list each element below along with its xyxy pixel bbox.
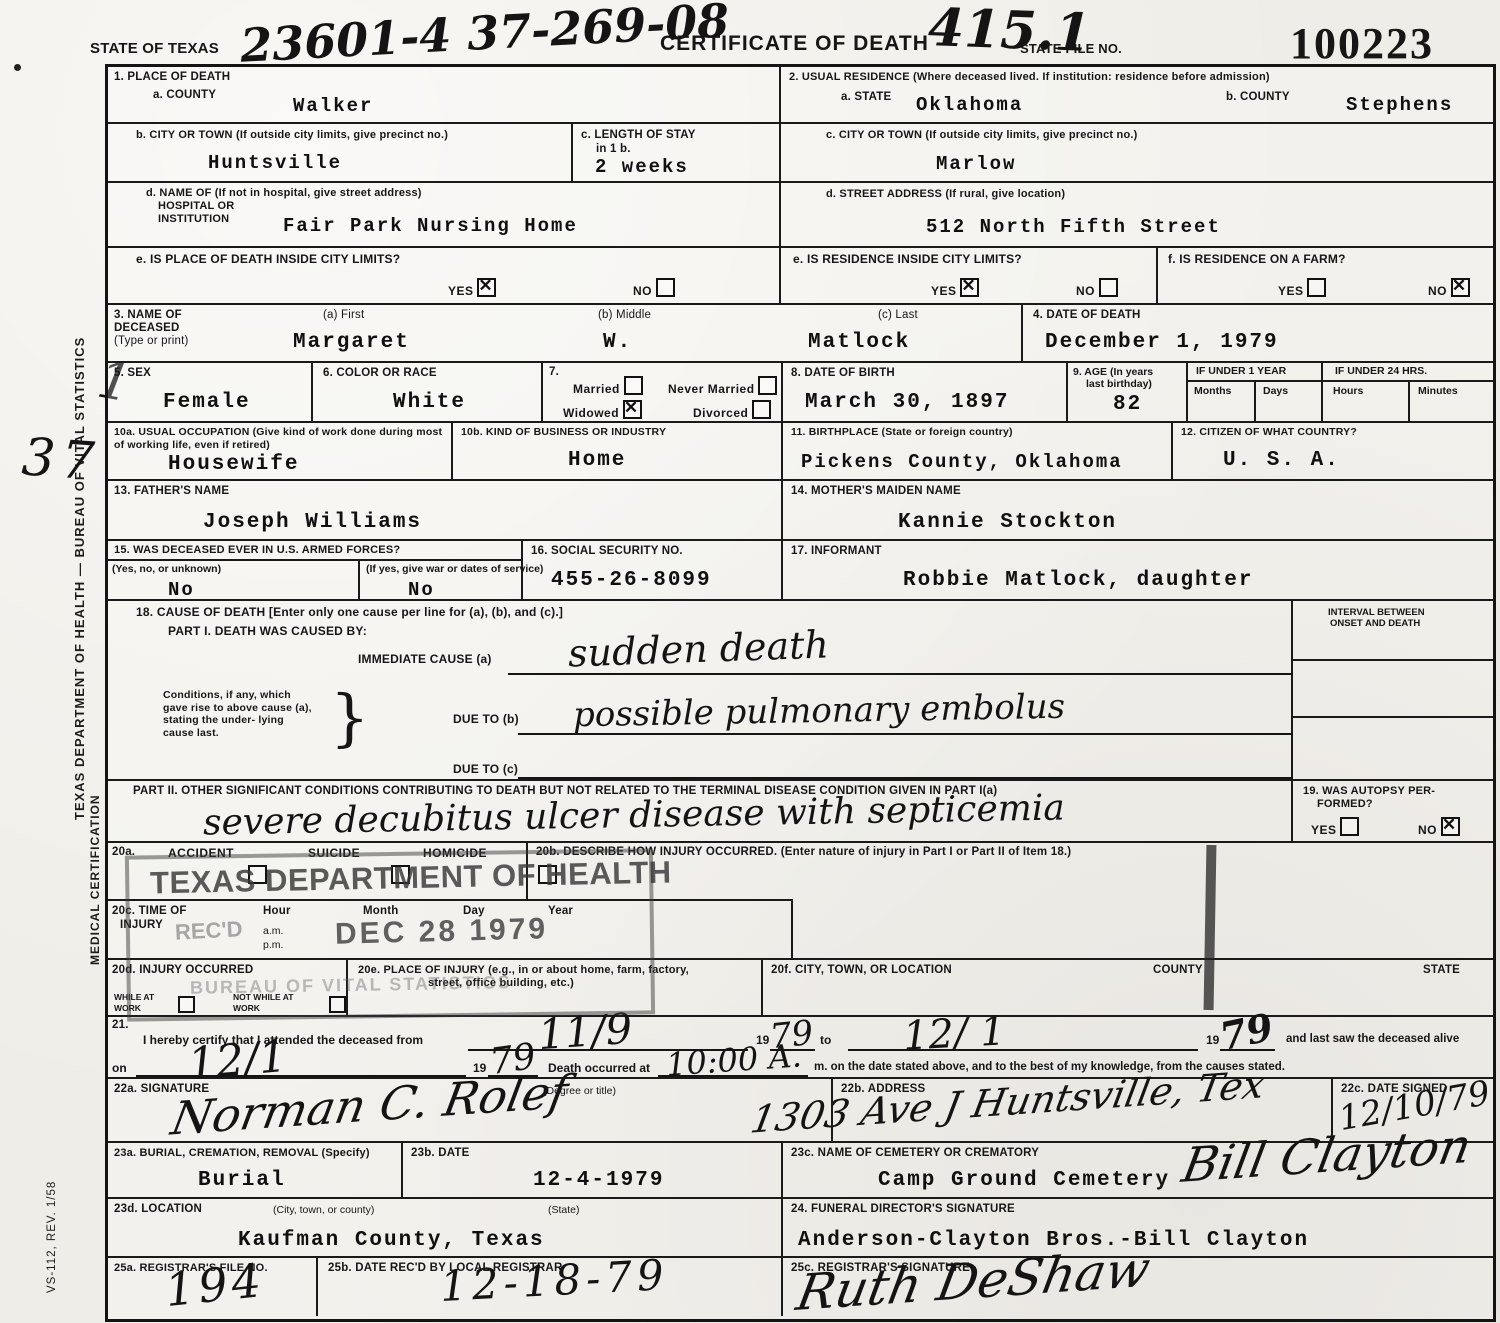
cell-hospital: d. NAME OF (If not in hospital, give str…: [108, 183, 781, 248]
divider: [1293, 716, 1493, 718]
pod-city-value: Huntsville: [208, 152, 342, 174]
business-label: 10b. KIND OF BUSINESS OR INDUSTRY: [461, 426, 666, 438]
hospital-value: Fair Park Nursing Home: [283, 215, 578, 237]
days-label: Days: [1263, 385, 1288, 398]
cell-residence-street: d. STREET ADDRESS (If rural, give locati…: [781, 183, 1493, 248]
handwritten-file-code: 23601-4 37-269-08: [239, 0, 731, 73]
due-to-b-label: DUE TO (b): [453, 713, 519, 727]
cell-armed-forces: 15. WAS DECEASED EVER IN U.S. ARMED FORC…: [108, 541, 523, 601]
certify-to-date: 12/ 1: [902, 1008, 1007, 1059]
birthplace-label: 11. BIRTHPLACE (State or foreign country…: [791, 426, 1013, 438]
length-of-stay-sublabel: in 1 b.: [596, 143, 631, 156]
under-1-year-label: IF UNDER 1 YEAR: [1196, 365, 1286, 378]
residence-state-value: Oklahoma: [916, 94, 1023, 116]
margin-handwritten-37: 37: [20, 427, 102, 492]
residence-county-label: b. COUNTY: [1226, 91, 1290, 104]
pre-year-2: 19: [1206, 1033, 1219, 1047]
first-name-label: (a) First: [323, 309, 364, 322]
hospital-label-1: d. NAME OF (If not in hospital, give str…: [146, 187, 422, 200]
divorced-label: Divorced: [693, 406, 748, 420]
last-name-label: (c) Last: [878, 309, 918, 322]
res-limits-yes: YES: [931, 278, 979, 298]
divider: [358, 559, 360, 601]
injury-state-label: STATE: [1423, 964, 1460, 977]
cell-occupation: 10a. USUAL OCCUPATION (Give kind of work…: [108, 423, 453, 481]
immediate-cause-label: IMMEDIATE CAUSE (a): [358, 653, 492, 667]
name-label-1: 3. NAME OF: [114, 309, 182, 322]
divorced-checkbox: [752, 400, 771, 419]
months-label: Months: [1194, 385, 1231, 398]
divider: [1254, 380, 1256, 423]
margin-form-number: VS-112, REV. 1/58: [46, 1128, 58, 1293]
never-married-checkbox: [758, 376, 777, 395]
residence-street-value: 512 North Fifth Street: [926, 216, 1221, 238]
marital-label: 7.: [549, 366, 559, 379]
burial-date-label: 23b. DATE: [411, 1147, 469, 1160]
sex-label: 5. SEX: [114, 367, 151, 380]
ssn-label: 16. SOCIAL SECURITY NO.: [531, 545, 683, 558]
cause-c-line: [518, 777, 1293, 779]
cell-citizen: 12. CITIZEN OF WHAT COUNTRY? U. S. A.: [1173, 423, 1493, 481]
burial-location-value: Kaufman County, Texas: [238, 1229, 545, 1252]
age-value: 82: [1113, 393, 1142, 416]
cell-residence-city: c. CITY OR TOWN (If outside city limits,…: [781, 124, 1493, 183]
cell-burial-location: 23d. LOCATION (City, town, or county) (S…: [108, 1199, 783, 1258]
burial-value: Burial: [198, 1169, 286, 1192]
cell-if-under-1-year: IF UNDER 1 YEAR Months Days: [1188, 363, 1323, 423]
certify-to: to: [820, 1033, 831, 1047]
yes-checkbox: [1307, 278, 1326, 297]
cell-pod-city-limits: e. IS PLACE OF DEATH INSIDE CITY LIMITS?…: [108, 248, 781, 305]
divider: [1408, 380, 1410, 423]
no-label: NO: [1428, 284, 1447, 298]
cell-length-of-stay: c. LENGTH OF STAY in 1 b. 2 weeks: [573, 124, 781, 183]
pod-city-label: b. CITY OR TOWN (If outside city limits,…: [136, 129, 448, 142]
residence-city-limits-label: e. IS RESIDENCE INSIDE CITY LIMITS?: [793, 253, 1022, 267]
part1-label: PART I. DEATH WAS CAUSED BY:: [168, 625, 367, 639]
armed-sub1-value: No: [168, 579, 195, 601]
funeral-director-label: 24. FUNERAL DIRECTOR'S SIGNATURE: [791, 1203, 1015, 1216]
brace: }: [330, 681, 369, 754]
certify-number: 21.: [112, 1019, 129, 1032]
sex-value: Female: [163, 391, 251, 414]
mother-label: 14. MOTHER'S MAIDEN NAME: [791, 485, 961, 498]
cell-certification: 21. I hereby certify that I attended the…: [108, 1017, 1493, 1079]
cell-date-of-death: 4. DATE OF DEATH December 1, 1979: [1023, 305, 1493, 363]
marital-divorced: Divorced: [693, 400, 771, 420]
cell-business: 10b. KIND OF BUSINESS OR INDUSTRY Home: [453, 423, 783, 481]
cell-usual-residence: 2. USUAL RESIDENCE (Where deceased lived…: [781, 67, 1493, 124]
farm-no: NO: [1428, 278, 1470, 298]
informant-label: 17. INFORMANT: [791, 545, 882, 558]
yes-label: YES: [1311, 823, 1337, 837]
cell-color-race: 6. COLOR OR RACE White: [313, 363, 543, 423]
armed-sub2-label: (If yes, give war or dates of service): [366, 563, 543, 576]
father-label: 13. FATHER'S NAME: [114, 485, 229, 498]
dob-value: March 30, 1897: [805, 391, 1009, 414]
last-name-value: Matlock: [808, 331, 910, 354]
farm-yes: YES: [1278, 278, 1326, 298]
registrar-file-handwritten: 194: [162, 1253, 267, 1317]
cell-place-of-death: 1. PLACE OF DEATH a. COUNTY Walker: [108, 67, 781, 124]
certify-text-3: and last saw the deceased alive: [1286, 1033, 1459, 1045]
name-label-2: DECEASED: [114, 322, 180, 335]
residence-county-value: Stephens: [1346, 94, 1453, 116]
cell-autopsy: 19. WAS AUTOPSY PER- FORMED? YES NO: [1293, 781, 1493, 843]
cell-burial-date: 23b. DATE 12-4-1979: [403, 1143, 783, 1199]
cause-label: 18. CAUSE OF DEATH [Enter only one cause…: [136, 606, 563, 620]
length-of-stay-label: c. LENGTH OF STAY: [581, 129, 696, 142]
state-file-number: 100223: [1290, 18, 1434, 69]
blank-line: [848, 1049, 1198, 1051]
married-label: Married: [573, 382, 620, 396]
no-label: NO: [1076, 284, 1095, 298]
name-label-3: (Type or print): [114, 335, 189, 348]
interval-label-2: ONSET AND DEATH: [1330, 618, 1420, 630]
margin-department-label: TEXAS DEPARTMENT OF HEALTH — BUREAU OF V…: [72, 205, 87, 820]
cell-injury-location: 20f. CITY, TOWN, OR LOCATION COUNTY STAT…: [763, 958, 1493, 1017]
cell-residence-city-limits: e. IS RESIDENCE INSIDE CITY LIMITS? YES …: [781, 248, 1158, 305]
burial-label: 23a. BURIAL, CREMATION, REMOVAL (Specify…: [114, 1147, 370, 1160]
middle-name-label: (b) Middle: [598, 309, 651, 322]
cell-informant: 17. INFORMANT Robbie Matlock, daughter: [783, 541, 1493, 601]
hospital-label-3: INSTITUTION: [158, 213, 229, 226]
cell-residence-farm: f. IS RESIDENCE ON A FARM? YES NO: [1158, 248, 1493, 305]
widowed-label: Widowed: [563, 406, 619, 420]
citizen-value: U. S. A.: [1223, 449, 1340, 472]
autopsy-label-2: FORMED?: [1317, 798, 1373, 811]
cell-interval: INTERVAL BETWEEN ONSET AND DEATH: [1293, 601, 1493, 781]
pod-limits-yes: YES: [448, 278, 496, 298]
date-received-stamp: DEC 28 1979: [335, 912, 549, 952]
place-of-death-label: 1. PLACE OF DEATH: [114, 71, 230, 84]
marital-widowed: Widowed: [563, 400, 642, 420]
state-file-no-label: STATE FILE NO.: [1020, 42, 1122, 57]
due-to-c-label: DUE TO (c): [453, 763, 518, 777]
cemetery-value: Camp Ground Cemetery: [878, 1169, 1170, 1192]
armed-forces-label: 15. WAS DECEASED EVER IN U.S. ARMED FORC…: [114, 544, 400, 557]
widowed-checkbox-checked: [623, 400, 642, 419]
informant-value: Robbie Matlock, daughter: [903, 569, 1253, 592]
race-label: 6. COLOR OR RACE: [323, 367, 437, 380]
father-value: Joseph Williams: [203, 511, 422, 534]
divider: [108, 559, 523, 561]
injury-county-label: COUNTY: [1153, 964, 1203, 977]
yes-label: YES: [931, 284, 957, 298]
pod-city-limits-label: e. IS PLACE OF DEATH INSIDE CITY LIMITS?: [136, 253, 400, 267]
first-name-value: Margaret: [293, 331, 410, 354]
married-checkbox: [624, 376, 643, 395]
yes-checkbox: [1340, 817, 1359, 836]
cell-pod-city: b. CITY OR TOWN (If outside city limits,…: [108, 124, 573, 183]
date-of-death-value: December 1, 1979: [1045, 331, 1279, 354]
hours-label: Hours: [1333, 385, 1363, 398]
cemetery-label: 23c. NAME OF CEMETERY OR CREMATORY: [791, 1147, 1039, 1160]
autopsy-label-1: 19. WAS AUTOPSY PER-: [1303, 785, 1435, 798]
cell-injury-how: 20b. DESCRIBE HOW INJURY OCCURRED. (Ente…: [528, 843, 1493, 899]
date-of-death-label: 4. DATE OF DEATH: [1033, 309, 1141, 322]
recd-stamp: REC'D: [174, 916, 243, 946]
birthplace-value: Pickens County, Oklahoma: [801, 451, 1123, 473]
burial-date-value: 12-4-1979: [533, 1169, 664, 1192]
cell-cause-of-death: 18. CAUSE OF DEATH [Enter only one cause…: [108, 601, 1293, 781]
occupation-label: 10a. USUAL OCCUPATION (Give kind of work…: [114, 426, 444, 451]
cell-ssn: 16. SOCIAL SECURITY NO. 455-26-8099: [523, 541, 783, 601]
armed-sub2-value: No: [408, 579, 435, 601]
conditions-label: Conditions, if any, which gave rise to a…: [163, 689, 313, 739]
yes-checkbox-checked: [960, 278, 979, 297]
certify-on: on: [112, 1061, 127, 1075]
mother-value: Kannie Stockton: [898, 511, 1117, 534]
yes-label: YES: [1278, 284, 1304, 298]
scan-dot: [14, 64, 21, 71]
state-sublabel: (State): [548, 1204, 580, 1217]
no-label: NO: [633, 284, 652, 298]
occupation-value: Housewife: [168, 453, 299, 476]
cell-part2: PART II. OTHER SIGNIFICANT CONDITIONS CO…: [108, 781, 1293, 843]
business-value: Home: [568, 449, 626, 472]
cell-mother-name: 14. MOTHER'S MAIDEN NAME Kannie Stockton: [783, 481, 1493, 541]
residence-city-value: Marlow: [936, 153, 1016, 175]
cause-b-value: possible pulmonary embolus: [573, 687, 1066, 736]
cell-birthplace: 11. BIRTHPLACE (State or foreign country…: [783, 423, 1173, 481]
citizen-label: 12. CITIZEN OF WHAT COUNTRY?: [1181, 426, 1357, 438]
dob-label: 8. DATE OF BIRTH: [791, 367, 895, 380]
never-married-label: Never Married: [668, 382, 755, 396]
cell-age: 9. AGE (In years last birthday) 82: [1068, 363, 1188, 423]
burial-location-label: 23d. LOCATION: [114, 1203, 202, 1216]
cell-date-of-birth: 8. DATE OF BIRTH March 30, 1897: [783, 363, 1068, 423]
ssn-value: 455-26-8099: [551, 569, 712, 592]
cell-father-name: 13. FATHER'S NAME Joseph Williams: [108, 481, 783, 541]
residence-street-label: d. STREET ADDRESS (If rural, give locati…: [826, 188, 1065, 201]
residence-state-label: a. STATE: [841, 91, 891, 104]
residence-city-label: c. CITY OR TOWN (If outside city limits,…: [826, 129, 1138, 142]
armed-sub1-label: (Yes, no, or unknown): [112, 563, 221, 576]
county-label: a. COUNTY: [153, 89, 216, 102]
no-label: NO: [1418, 823, 1437, 837]
age-label-2: last birthday): [1086, 378, 1152, 391]
cell-sex: 5. SEX Female: [108, 363, 313, 423]
autopsy-yes: YES: [1311, 817, 1359, 837]
marital-married: Married: [573, 376, 643, 396]
cell-injury-time-blank: [793, 899, 1493, 958]
cell-burial: 23a. BURIAL, CREMATION, REMOVAL (Specify…: [108, 1143, 403, 1199]
middle-name-value: W.: [603, 331, 632, 354]
cell-marital-status: 7. Married Never Married Widowed Divorce…: [543, 363, 783, 423]
cause-a-value: sudden death: [567, 622, 829, 675]
yes-checkbox-checked: [477, 278, 496, 297]
injury-city-label: 20f. CITY, TOWN, OR LOCATION: [771, 964, 952, 977]
length-of-stay-value: 2 weeks: [595, 156, 689, 178]
race-value: White: [393, 391, 466, 414]
no-checkbox-checked: [1451, 278, 1470, 297]
state-of-texas-label: STATE OF TEXAS: [90, 40, 219, 57]
no-checkbox: [1099, 278, 1118, 297]
city-town-county-label: (City, town, or county): [273, 1204, 374, 1217]
res-limits-no: NO: [1076, 278, 1118, 298]
autopsy-no: NO: [1418, 817, 1460, 837]
under-24-hrs-label: IF UNDER 24 HRS.: [1335, 365, 1427, 378]
minutes-label: Minutes: [1418, 385, 1458, 398]
marital-never-married: Never Married: [668, 376, 777, 396]
no-checkbox-checked: [1441, 817, 1460, 836]
certificate-title: CERTIFICATE OF DEATH: [660, 32, 929, 56]
no-checkbox: [656, 278, 675, 297]
cell-if-under-24-hrs: IF UNDER 24 HRS. Hours Minutes: [1323, 363, 1493, 423]
divider: [1293, 659, 1493, 661]
county-value: Walker: [293, 95, 373, 117]
usual-residence-label: 2. USUAL RESIDENCE (Where deceased lived…: [789, 71, 1270, 84]
residence-farm-label: f. IS RESIDENCE ON A FARM?: [1168, 253, 1346, 267]
margin-medical-certification-label: MEDICAL CERTIFICATION: [88, 755, 102, 965]
yes-label: YES: [448, 284, 474, 298]
hospital-label-2: HOSPITAL OR: [158, 200, 234, 213]
pod-limits-no: NO: [633, 278, 675, 298]
